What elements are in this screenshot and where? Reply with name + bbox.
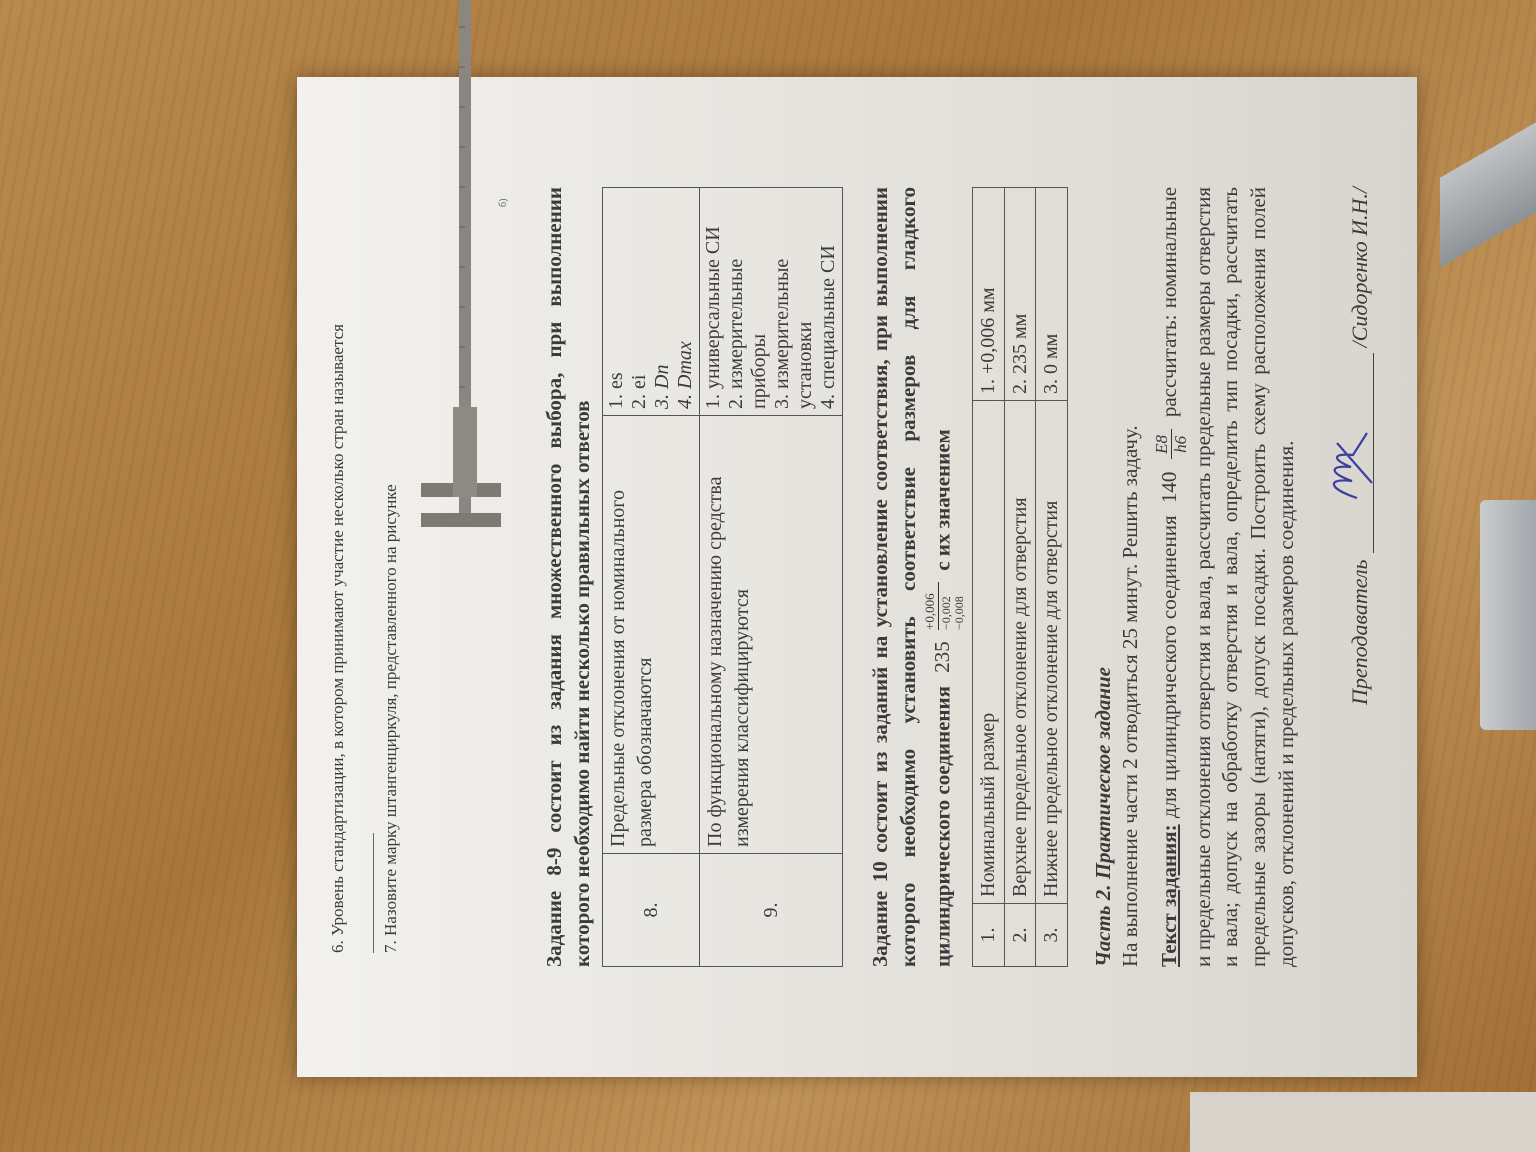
caliper-figure: б) bbox=[411, 187, 531, 967]
signature-name: /Сидоренко И.Н./ bbox=[1345, 187, 1374, 347]
table-row: 9. По функциональному назначению средств… bbox=[700, 188, 843, 967]
row-item: Нижнее предельное отклонение для отверст… bbox=[1036, 401, 1067, 904]
option[interactable]: 3. Dn bbox=[651, 194, 674, 409]
row-number: 3. bbox=[1036, 904, 1067, 967]
table-row: 8. Предельные отклонения от номинального… bbox=[603, 188, 700, 967]
signature-field[interactable] bbox=[1343, 353, 1374, 553]
row-number: 9. bbox=[700, 854, 843, 967]
question-7: 7. Назовите марку штангенциркуля, предст… bbox=[380, 187, 402, 953]
row-question: По функциональному назначению средства и… bbox=[700, 416, 843, 854]
task-8-9-heading: Задание 8-9 состоит из задания множестве… bbox=[541, 187, 596, 967]
question-6: 6. Уровень стандартизации, в котором при… bbox=[327, 187, 349, 953]
tolerance-fraction: +0,006 −0,002 −0,008 bbox=[923, 582, 967, 630]
answer-blank-6[interactable] bbox=[353, 833, 374, 953]
row-item: Верхнее предельное отклонение для отверс… bbox=[1004, 401, 1035, 904]
row-item: Номинальный размер bbox=[973, 401, 1004, 904]
task-8-9-table: 8. Предельные отклонения от номинального… bbox=[602, 187, 843, 967]
svg-text:б): б) bbox=[498, 199, 509, 207]
fit-hole: E8 bbox=[1153, 435, 1171, 454]
vernier-caliper-icon: б) bbox=[411, 0, 531, 537]
row-value[interactable]: 1. +0,006 мм bbox=[973, 188, 1004, 401]
fit-designation: E8 h6 bbox=[1153, 429, 1190, 459]
row-value[interactable]: 3. 0 мм bbox=[1036, 188, 1067, 401]
option[interactable]: 1. универсальные СИ bbox=[702, 194, 725, 409]
part-2-task-text: Текст задания: для цилиндрического соеди… bbox=[1153, 187, 1301, 967]
row-value[interactable]: 2. 235 мм bbox=[1004, 188, 1035, 401]
fit-nominal: 140 bbox=[1157, 472, 1181, 504]
option[interactable]: 4. Dmax bbox=[674, 194, 697, 409]
hole-deviation: +0,006 bbox=[923, 582, 937, 630]
option[interactable]: 4. специальные СИ bbox=[817, 194, 840, 409]
table-row: 3. Нижнее предельное отклонение для отве… bbox=[1036, 188, 1067, 967]
table-row: 2. Верхнее предельное отклонение для отв… bbox=[1004, 188, 1035, 967]
row-number: 1. bbox=[973, 904, 1004, 967]
option[interactable]: 2. измерительные приборы bbox=[725, 194, 771, 409]
option[interactable]: 1. es bbox=[605, 194, 628, 409]
task-10-heading-tail: с их значением bbox=[930, 429, 954, 571]
signature-label: Преподаватель bbox=[1345, 559, 1374, 705]
task-10-heading-text: Задание 10 состоит из заданий на установ… bbox=[868, 187, 954, 967]
second-sheet-edge bbox=[1190, 1092, 1536, 1152]
task-10-heading: Задание 10 состоит из заданий на установ… bbox=[867, 187, 966, 967]
row-number: 8. bbox=[603, 854, 700, 967]
task-text-before: для цилиндрического соединения bbox=[1157, 515, 1181, 824]
handwritten-signature-icon bbox=[1317, 413, 1377, 503]
fit-shaft: h6 bbox=[1172, 436, 1190, 453]
option[interactable]: 3. измерительные установки bbox=[771, 194, 817, 409]
row-number: 2. bbox=[1004, 904, 1035, 967]
part-2-time-note: На выполнение части 2 отводиться 25 мину… bbox=[1117, 187, 1145, 967]
shaft-lower-deviation: −0,008 bbox=[953, 582, 966, 630]
document-sheet-rotated: 6. Уровень стандартизации, в котором при… bbox=[137, 77, 1536, 1077]
signature-line: Преподаватель /Сидоренко И.Н./ bbox=[1343, 187, 1374, 967]
table-row: 1. Номинальный размер 1. +0,006 мм bbox=[973, 188, 1004, 967]
document-page: 6. Уровень стандартизации, в котором при… bbox=[297, 77, 1417, 1077]
row-options: 1. универсальные СИ 2. измерительные при… bbox=[700, 188, 843, 416]
nominal-size: 235 bbox=[930, 641, 954, 673]
option[interactable]: 2. ei bbox=[628, 194, 651, 409]
row-options: 1. es 2. ei 3. Dn 4. Dmax bbox=[603, 188, 700, 416]
row-question: Предельные отклонения от номинального ра… bbox=[603, 416, 700, 854]
task-10-table: 1. Номинальный размер 1. +0,006 мм 2. Ве… bbox=[972, 187, 1067, 967]
task-label: Текст задания: bbox=[1157, 824, 1181, 967]
part-2-title: Часть 2. Практическое задание bbox=[1090, 187, 1118, 967]
